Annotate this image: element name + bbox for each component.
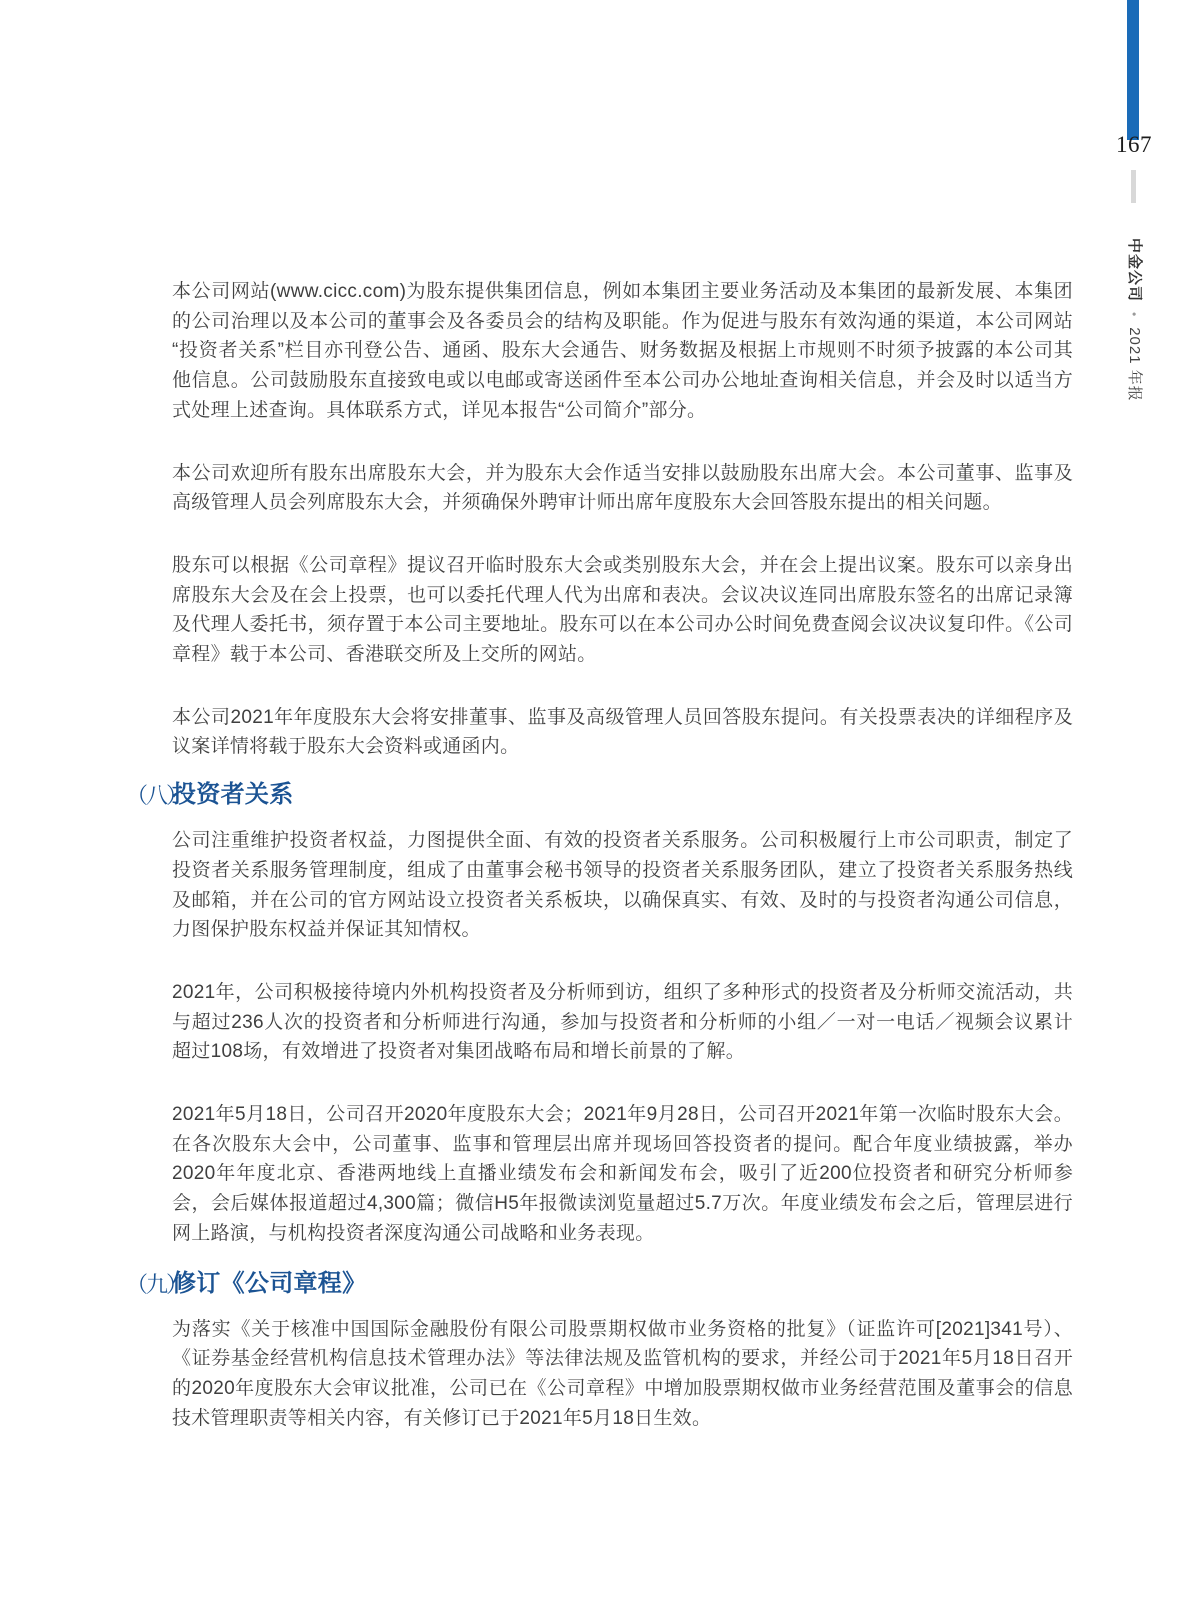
paragraph-ir-policy: 公司注重维护投资者权益，力图提供全面、有效的投资者关系服务。公司积极履行上市公司… [172,826,1073,945]
page-number-tick [1131,170,1136,203]
page-number: 167 [1100,132,1168,158]
section-title: 修订《公司章程》 [172,1270,366,1297]
section-number: （八） [126,777,186,815]
page-edge-accent-bar [1127,0,1139,140]
annual-report-page: 167 中金公司•2021 年报 本公司网站(www.cicc.com)为股东提… [0,0,1190,1615]
separator-dot: • [1127,302,1141,327]
paragraph-articles-amendment: 为落实《关于核准中国国际金融股份有限公司股票期权做市业务资格的批复》（证监许可[… [172,1315,1073,1434]
paragraph-website-info: 本公司网站(www.cicc.com)为股东提供集团信息，例如本集团主要业务活动… [172,277,1073,426]
paragraph-meeting-procedures: 股东可以根据《公司章程》提议召开临时股东大会或类别股东大会，并在会上提出议案。股… [172,551,1073,670]
section-title: 投资者关系 [172,781,294,808]
section-number: （九） [126,1266,186,1304]
paragraph-ir-meetings-2021: 2021年5月18日，公司召开2020年度股东大会；2021年9月28日，公司召… [172,1100,1073,1249]
page-content: 本公司网站(www.cicc.com)为股东提供集团信息，例如本集团主要业务活动… [172,277,1073,1433]
company-name: 中金公司 [1126,238,1143,302]
section-heading-investor-relations: （八） 投资者关系 [172,776,1073,814]
paragraph-agm-2021: 本公司2021年年度股东大会将安排董事、监事及高级管理人员回答股东提问。有关投票… [172,703,1073,762]
paragraph-ir-activities-2021: 2021年，公司积极接待境内外机构投资者及分析师到访，组织了多种形式的投资者及分… [172,978,1073,1067]
edition-year: 2021 年报 [1126,327,1143,402]
section-heading-articles-amendment: （九） 修订《公司章程》 [172,1265,1073,1303]
paragraph-shareholder-meetings-welcome: 本公司欢迎所有股东出席股东大会，并为股东大会作适当安排以鼓励股东出席大会。本公司… [172,459,1073,518]
